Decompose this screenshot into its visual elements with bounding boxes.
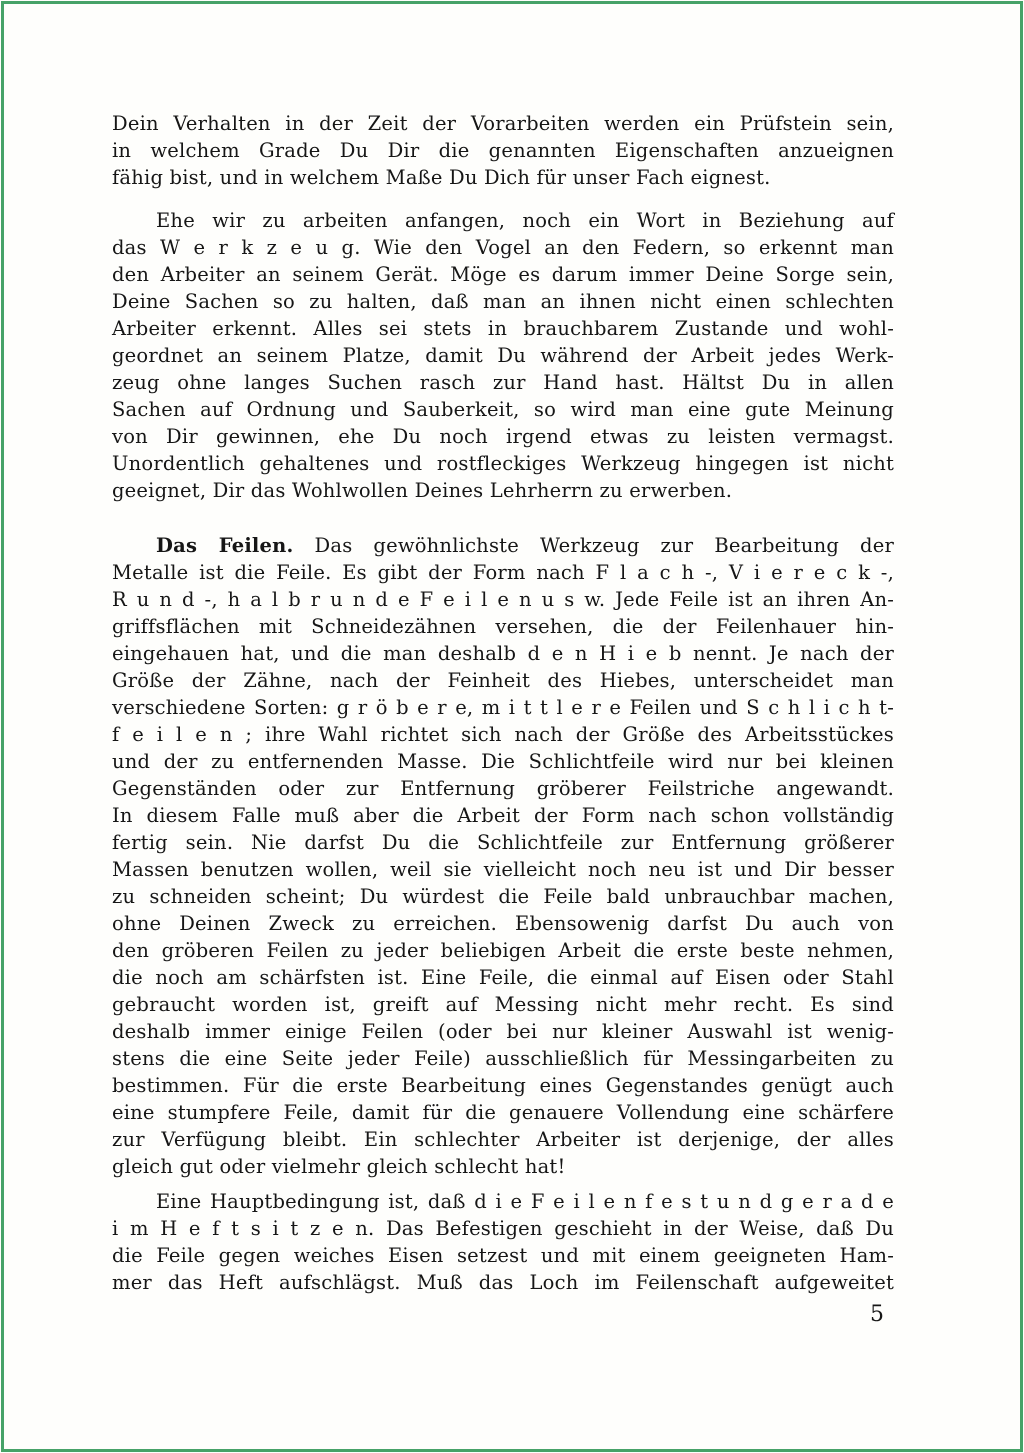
text-line: verschiedene Sorten: g r ö b e r e, m i …	[112, 694, 894, 721]
text-line: Das Feilen. Das gewöhnlichste Werkzeug z…	[112, 532, 894, 559]
text-line: fertig sein. Nie darfst Du die Schlichtf…	[112, 829, 894, 856]
paragraph: Das Feilen. Das gewöhnlichste Werkzeug z…	[112, 532, 894, 1180]
paragraph: Dein Verhalten in der Zeit der Vorarbeit…	[112, 110, 894, 191]
scanned-book-page: Dein Verhalten in der Zeit der Vorarbeit…	[0, 0, 1024, 1453]
text-line: Gegenständen oder zur Entfernung gröbere…	[112, 775, 894, 802]
text-line: eingehauen hat, und die man deshalb d e …	[112, 640, 894, 667]
text-line: in welchem Grade Du Dir die genannten Ei…	[112, 137, 894, 164]
text-line: Massen benutzen wollen, weil sie viellei…	[112, 856, 894, 883]
text-line: eine stumpfere Feile, damit für die gena…	[112, 1099, 894, 1126]
text-line: Deine Sachen so zu halten, daß man an ih…	[112, 288, 894, 315]
text-line: stens die eine Seite jeder Feile) aussch…	[112, 1045, 894, 1072]
text-line: zur Verfügung bleibt. Ein schlechter Arb…	[112, 1126, 894, 1153]
text-line: von Dir gewinnen, ehe Du noch irgend etw…	[112, 423, 894, 450]
text-line: Ehe wir zu arbeiten anfangen, noch ein W…	[112, 207, 894, 234]
text-line: bestimmen. Für die erste Bearbeitung ein…	[112, 1072, 894, 1099]
text-line: geordnet an seinem Platze, damit Du währ…	[112, 342, 894, 369]
text-line: das W e r k z e u g. Wie den Vogel an de…	[112, 234, 894, 261]
page-number: 5	[112, 1300, 894, 1330]
text-line: griffsflächen mit Schneidezähnen versehe…	[112, 613, 894, 640]
text-line: In diesem Falle muß aber die Arbeit der …	[112, 802, 894, 829]
text-line: mer das Heft aufschlägst. Muß das Loch i…	[112, 1269, 894, 1296]
paragraph: Ehe wir zu arbeiten anfangen, noch ein W…	[112, 207, 894, 504]
text-line: den gröberen Feilen zu jeder beliebigen …	[112, 937, 894, 964]
text-line: und der zu entfernenden Masse. Die Schli…	[112, 748, 894, 775]
text-line: Eine Hauptbedingung ist, daß d i e F e i…	[112, 1188, 894, 1215]
run-in-heading: Das Feilen.	[156, 534, 294, 557]
text-line: fähig bist, und in welchem Maße Du Dich …	[112, 164, 894, 191]
text-line: die noch am schärfsten ist. Eine Feile, …	[112, 964, 894, 991]
text-line: zeug ohne langes Suchen rasch zur Hand h…	[112, 369, 894, 396]
text-line: zu schneiden scheint; Du würdest die Fei…	[112, 883, 894, 910]
text-line: deshalb immer einige Feilen (oder bei nu…	[112, 1018, 894, 1045]
text-line: Arbeiter erkennt. Alles sei stets in bra…	[112, 315, 894, 342]
text-line: f e i l e n ; ihre Wahl richtet sich nac…	[112, 721, 894, 748]
text-line: die Feile gegen weiches Eisen setzest un…	[112, 1242, 894, 1269]
text-line: Größe der Zähne, nach der Feinheit des H…	[112, 667, 894, 694]
text-line: ohne Deinen Zweck zu erreichen. Ebensowe…	[112, 910, 894, 937]
text-line: Metalle ist die Feile. Es gibt der Form …	[112, 559, 894, 586]
text-line: gleich gut oder vielmehr gleich schlecht…	[112, 1153, 894, 1180]
text-line: Dein Verhalten in der Zeit der Vorarbeit…	[112, 110, 894, 137]
text-line: Sachen auf Ordnung und Sauberkeit, so wi…	[112, 396, 894, 423]
text-line: Unordentlich gehaltenes und rostfleckige…	[112, 450, 894, 477]
text-line: den Arbeiter an seinem Gerät. Möge es da…	[112, 261, 894, 288]
text-line: geeignet, Dir das Wohlwollen Deines Lehr…	[112, 477, 894, 504]
text-line: R u n d -, h a l b r u n d e F e i l e n…	[112, 586, 894, 613]
paragraph: Eine Hauptbedingung ist, daß d i e F e i…	[112, 1188, 894, 1296]
text-line: i m H e f t s i t z e n. Das Befestigen …	[112, 1215, 894, 1242]
page-text: Dein Verhalten in der Zeit der Vorarbeit…	[112, 110, 894, 1296]
text-line: gebraucht worden ist, greift auf Messing…	[112, 991, 894, 1018]
